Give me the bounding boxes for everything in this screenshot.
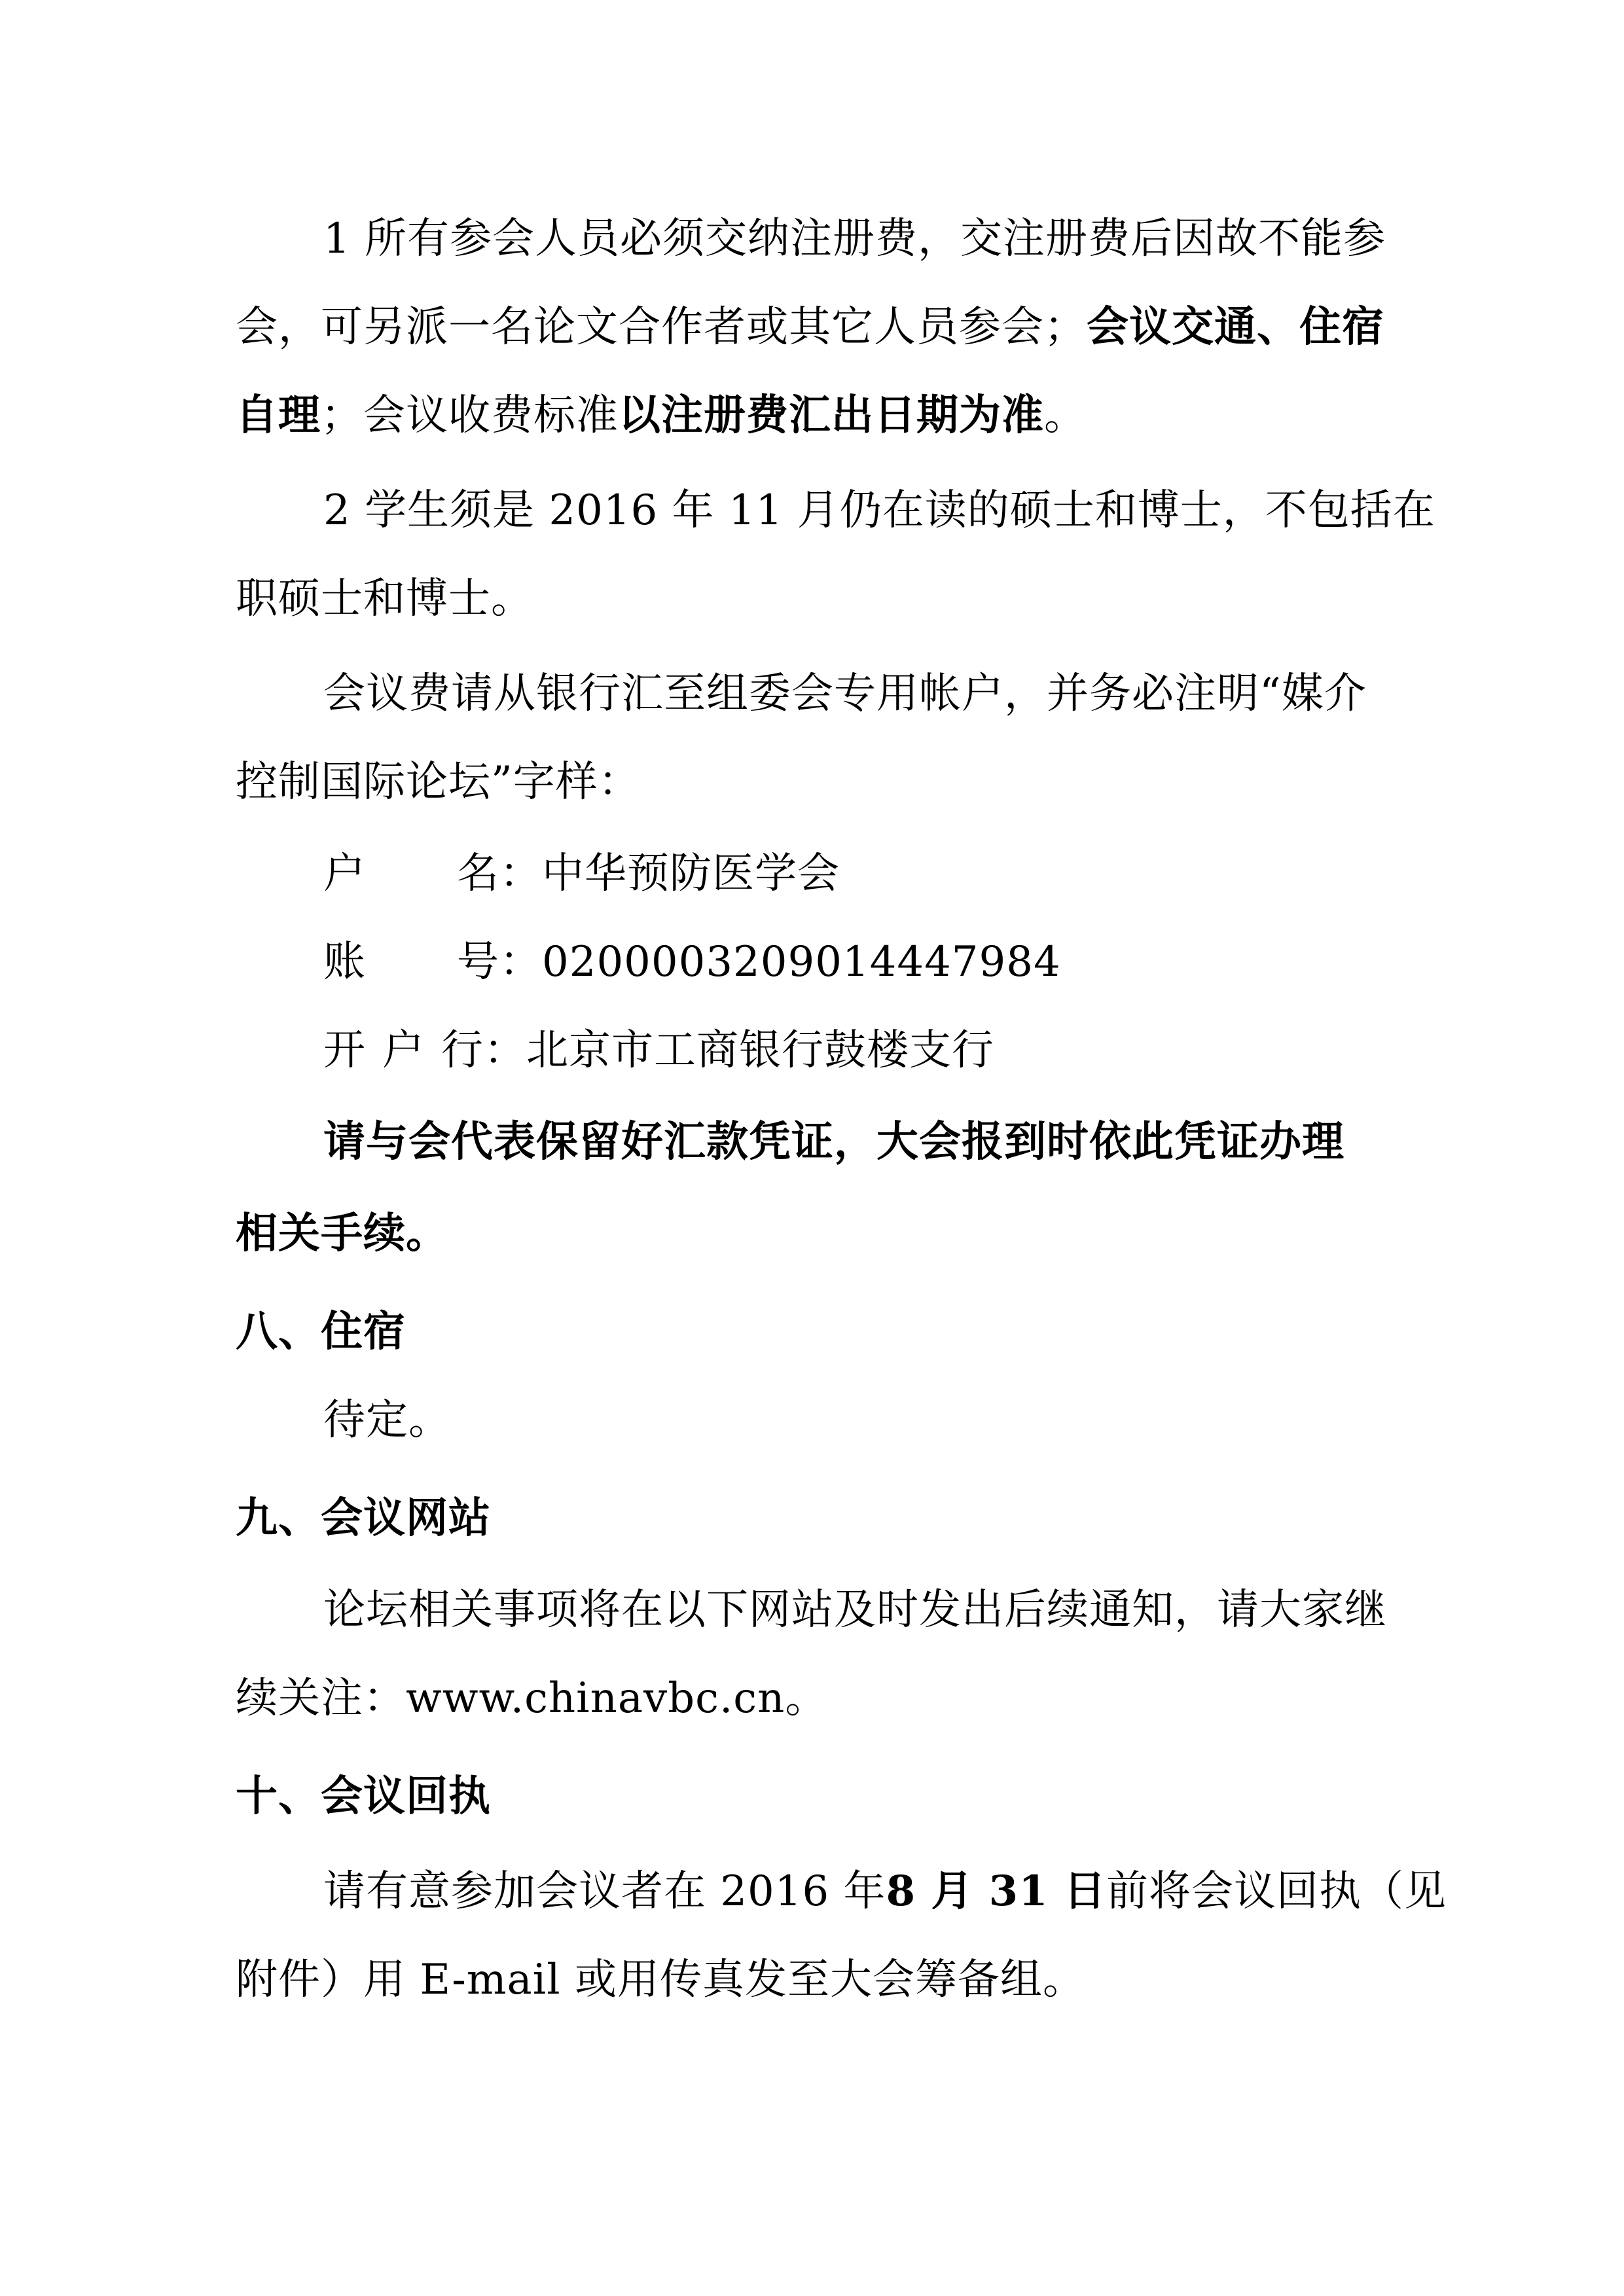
label: 行：	[441, 1026, 526, 1075]
text: ；会议收费标准	[321, 391, 619, 440]
bold-text: 相关手续。	[236, 1209, 448, 1258]
section9-line1: 论坛相关事项将在以下网站及时发出后续通知，请大家继	[323, 1584, 1394, 1636]
notice-line2: 相关手续。	[236, 1208, 1394, 1260]
section10-heading: 十、会议回执	[236, 1770, 1394, 1823]
bold-text: 自理	[236, 391, 321, 440]
text: 前将会议回执（见	[1106, 1867, 1447, 1916]
bank-account-number: 账号：0200003209014447984	[323, 936, 1394, 988]
section8-body: 待定。	[323, 1394, 1394, 1446]
bank-branch: 开户行：北京市工商银行鼓楼支行	[323, 1024, 1394, 1077]
bank-account-name: 户名：中华预防医学会	[323, 848, 1394, 900]
document-page: 1 所有参会人员必须交纳注册费，交注册费后因故不能参 会，可另派一名论文合作者或…	[0, 0, 1624, 2296]
text: 2 学生须是 2016 年 11 月仍在读的硕士和博士，不包括在	[323, 486, 1435, 535]
value: 北京市工商银行鼓楼支行	[526, 1026, 994, 1075]
bold-text: 请与会代表保留好汇款凭证，大会报到时依此凭证办理	[323, 1117, 1344, 1166]
text: 论坛相关事项将在以下网站及时发出后续通知，请大家继	[323, 1586, 1387, 1634]
heading: 九、会议网站	[236, 1494, 491, 1543]
heading: 八、住宿	[236, 1307, 406, 1356]
para1-line3: 自理；会议收费标准以注册费汇出日期为准。	[236, 389, 1394, 442]
label: 户	[323, 848, 367, 900]
bold-text: 以注册费汇出日期为准	[619, 391, 1044, 440]
section9-heading: 九、会议网站	[236, 1492, 1394, 1545]
section8-heading: 八、住宿	[236, 1306, 1394, 1358]
para2-line1: 2 学生须是 2016 年 11 月仍在读的硕士和博士，不包括在	[323, 484, 1394, 537]
text: 控制国际论坛”字样：	[236, 758, 641, 806]
label: 账	[323, 936, 367, 988]
text: 。	[1044, 391, 1087, 440]
bold-text: 8 月 31 日	[886, 1867, 1106, 1916]
para3-line1: 会议费请从银行汇至组委会专用帐户，并务必注明“媒介	[323, 668, 1394, 720]
bold-text: 会议交通、住宿	[1087, 302, 1384, 351]
para1-line2: 会，可另派一名论文合作者或其它人员参会；会议交通、住宿	[236, 301, 1394, 353]
text: 1 所有参会人员必须交纳注册费，交注册费后因故不能参	[323, 215, 1386, 263]
text: 职硕士和博士。	[236, 575, 533, 623]
value: 0200003209014447984	[542, 938, 1061, 986]
value: 中华预防医学会	[542, 850, 840, 898]
text: 附件）用 E-mail 或用传真发至大会筹备组。	[236, 1956, 1085, 2004]
text: 待定。	[323, 1396, 451, 1444]
text: 请有意参加会议者在 2016 年	[323, 1867, 886, 1916]
text: 会，可另派一名论文合作者或其它人员参会；	[236, 303, 1087, 351]
notice-line1: 请与会代表保留好汇款凭证，大会报到时依此凭证办理	[323, 1116, 1394, 1168]
para1-line1: 1 所有参会人员必须交纳注册费，交注册费后因故不能参	[323, 213, 1394, 265]
para3-line2: 控制国际论坛”字样：	[236, 756, 1394, 808]
label: 开	[323, 1024, 367, 1077]
para2-line2: 职硕士和博士。	[236, 573, 1394, 625]
text: 会议费请从银行汇至组委会专用帐户，并务必注明“媒介	[323, 670, 1367, 718]
section10-line2: 附件）用 E-mail 或用传真发至大会筹备组。	[236, 1954, 1394, 2006]
section10-line1: 请有意参加会议者在 2016 年8 月 31 日前将会议回执（见	[323, 1865, 1394, 1918]
section9-line2: 续关注：www.chinavbc.cn。	[236, 1672, 1394, 1725]
label: 号：	[457, 938, 542, 986]
label: 名：	[457, 850, 542, 898]
website-link[interactable]: 续关注：www.chinavbc.cn。	[236, 1674, 827, 1723]
label: 户	[382, 1024, 425, 1077]
heading: 十、会议回执	[236, 1772, 491, 1821]
